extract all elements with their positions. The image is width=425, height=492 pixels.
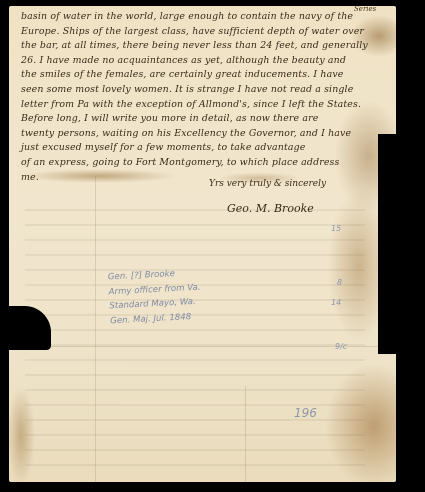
letter-closing: Yrs very truly & sincerely bbox=[209, 179, 326, 189]
letter-line: basin of water in the world, large enoug… bbox=[21, 10, 381, 25]
letter-line: 26. I have made no acquaintances as yet,… bbox=[21, 54, 381, 69]
letter-page: Series basin of water in the world, larg… bbox=[9, 6, 396, 482]
letter-line: letter from Pa with the exception of All… bbox=[21, 98, 381, 113]
archival-pencil-note: Gen. [?] Brooke Army officer from Va. St… bbox=[108, 266, 203, 329]
pencil-mark: 14 bbox=[331, 298, 341, 307]
pencil-mark: 9/c bbox=[335, 342, 347, 351]
bleed-through-text bbox=[25, 196, 365, 476]
letter-line: twenty persons, waiting on his Excellenc… bbox=[21, 127, 381, 142]
letter-line: Europe. Ships of the largest class, have… bbox=[21, 25, 381, 40]
letter-line: seen some most lovely women. It is stran… bbox=[21, 83, 381, 98]
letter-line: the bar, at all times, there being never… bbox=[21, 39, 381, 54]
letter-line: me. bbox=[21, 171, 381, 186]
letter-body: basin of water in the world, large enoug… bbox=[21, 10, 381, 185]
letter-line: of an express, going to Fort Montgomery,… bbox=[21, 156, 381, 171]
pencil-mark: 15 bbox=[331, 224, 341, 233]
pencil-mark: 8 bbox=[337, 278, 342, 287]
torn-edge-right bbox=[378, 134, 396, 354]
pencil-mark: 196 bbox=[294, 406, 317, 420]
signature: Geo. M. Brooke bbox=[227, 202, 314, 215]
letter-line: just excused myself for a few moments, t… bbox=[21, 141, 381, 156]
letter-line: Before long, I will write you more in de… bbox=[21, 112, 381, 127]
letter-line: the smiles of the females, are certainly… bbox=[21, 68, 381, 83]
